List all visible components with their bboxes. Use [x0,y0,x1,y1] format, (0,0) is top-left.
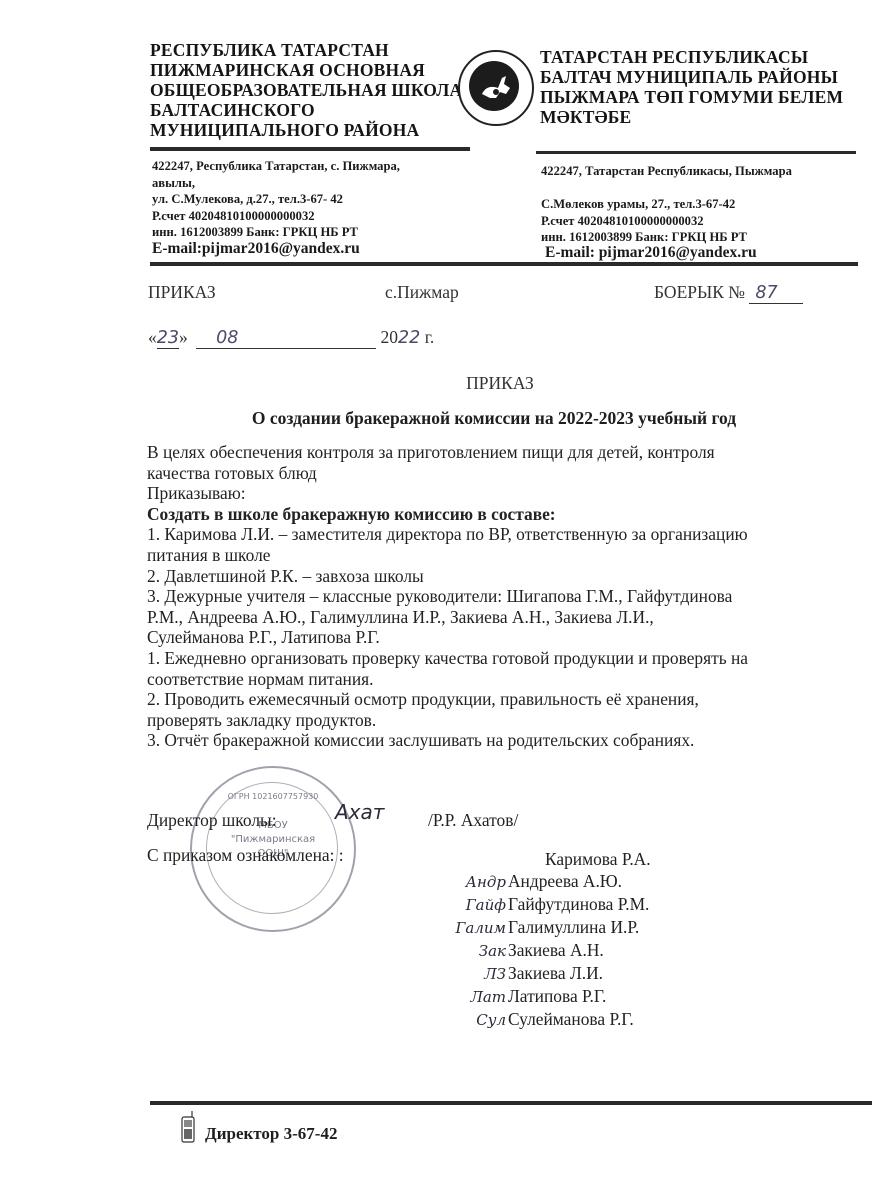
acquainted-item: ГалимГалимуллина И.Р. [450,917,639,938]
signature-scribble-icon: Андр [450,873,506,891]
duty-line: 3. Отчёт бракеражной комиссии заслушиват… [147,730,748,751]
signature-scribble-icon: Галим [450,919,506,937]
acquainted-item: ЛЗЗакиева Л.И. [450,963,603,984]
header-divider-bottom [150,262,858,266]
school-name-line: ОБЩЕОБРАЗОВАТЕЛЬНАЯ ШКОЛА [150,80,462,100]
duty-line: 2. Проводить ежемесячный осмотр продукци… [147,689,748,710]
school-name-line: БАЛТАЧ МУНИЦИПАЛЬ РАЙОНЫ [540,67,843,87]
address-line [541,180,792,197]
signature-scribble-icon: Сул [450,1011,506,1029]
acquainted-name: Каримова Р.А. [545,849,651,869]
order-label-ru: ПРИКАЗ [148,282,216,303]
acquainted-item: Каримова Р.А. [545,849,651,870]
duty-line: проверять закладку продуктов. [147,710,748,731]
footer-divider [150,1101,872,1105]
address-line: С.Мөлеков урамы, 27., тел.3-67-42 [541,196,792,213]
director-label: Директор школы: [147,810,277,831]
address-line: 422247, Республика Татарстан, с. Пижмара… [152,158,400,175]
acquainted-label: С приказом ознакомлена: : [147,845,344,866]
date-year-prefix: 20 [381,327,399,347]
signature-scribble-icon: Лат [450,988,506,1006]
school-name-line: МУНИЦИПАЛЬНОГО РАЙОНА [150,120,462,140]
mobile-phone-icon [180,1110,196,1144]
acquainted-item: АндрАндреева А.Ю. [450,871,622,892]
address-line: ул. С.Мулекова, д.27., тел.3-67- 42 [152,191,400,208]
duty-line: соответствие нормам питания. [147,669,748,690]
footer-director-phone: Директор 3-67-42 [205,1124,337,1144]
order-place: с.Пижмар [385,282,459,303]
address-line: Р.счет 40204810100000000032 [152,208,400,225]
acquainted-name: Гайфутдинова Р.М. [508,894,649,914]
school-name-line: РЕСПУБЛИКА ТАТАРСТАН [150,40,462,60]
acquainted-item: ГайфГайфутдинова Р.М. [450,894,649,915]
member-line: Сулейманова Р.Г., Латипова Р.Г. [147,627,748,648]
document-subtitle: О создании бракеражной комиссии на 2022-… [0,408,872,429]
date-year-unit: г. [425,327,435,347]
document-body: В целях обеспечения контроля за приготов… [147,442,748,751]
address-line: 422247, Татарстан Республикасы, Пыжмара [541,163,792,180]
order-date: «23» 08 2022 г. [148,327,434,349]
member-line: питания в школе [147,545,748,566]
school-name-line: БАЛТАСИНСКОГО [150,100,462,120]
school-name-line: ПИЖМАРИНСКАЯ ОСНОВНАЯ [150,60,462,80]
order-number-field: БОЕРЫК № 87 [654,282,803,304]
school-name-line: МӘКТӘБЕ [540,107,843,127]
address-line: инн. 1612003899 Банк: ГРКЦ НБ РТ [152,224,400,241]
stamp-ring-text: ОГРН 1021607757930 [192,792,354,801]
acquainted-name: Андреева А.Ю. [508,871,622,891]
acquainted-name: Закиева А.Н. [508,940,604,960]
snow-leopard-icon [476,68,516,108]
member-line: 2. Давлетшиной Р.К. – завхоза школы [147,566,748,587]
intro-line: В целях обеспечения контроля за приготов… [147,442,748,463]
quote-close: » [179,327,188,347]
date-day: 23 [157,328,179,349]
acquainted-name: Латипова Р.Г. [508,986,606,1006]
address-line: Р.счет 40204810100000000032 [541,213,792,230]
create-heading: Создать в школе бракеражную комиссию в с… [147,504,748,525]
acquainted-name: Закиева Л.И. [508,963,603,983]
school-name-line: ТАТАРСТАН РЕСПУБЛИКАСЫ [540,47,843,67]
date-year-suffix: 22 [398,328,420,348]
duty-line: 1. Ежедневно организовать проверку качес… [147,648,748,669]
member-line: 1. Каримова Л.И. – заместителя директора… [147,524,748,545]
school-name-line: ПЫЖМАРА ТӨП ГОМУМИ БЕЛЕМ [540,87,843,107]
member-line: 3. Дежурные учителя – классные руководит… [147,586,748,607]
stamp-line: "Пижмаринская [192,834,354,845]
signature-scribble-icon: ЛЗ [450,965,506,983]
order-word: Приказываю: [147,483,748,504]
acquainted-item: ЗакЗакиева А.Н. [450,940,604,961]
order-label-tt: БОЕРЫК № [654,282,745,302]
address-block-tt: 422247, Татарстан Республикасы, Пыжмара … [541,163,792,246]
address-line: авылы, [152,175,400,192]
email-tt: E-mail: pijmar2016@yandex.ru [545,244,757,262]
school-name-ru: РЕСПУБЛИКА ТАТАРСТАН ПИЖМАРИНСКАЯ ОСНОВН… [150,40,462,140]
member-line: Р.М., Андреева А.Ю., Галимуллина И.Р., З… [147,607,748,628]
acquainted-name: Сулейманова Р.Г. [508,1009,634,1029]
email-ru: E-mail:pijmar2016@yandex.ru [152,240,360,258]
acquainted-item: ЛатЛатипова Р.Г. [450,986,606,1007]
director-signature-icon: Ахат [335,800,384,824]
quote-open: « [148,327,157,347]
address-block-ru: 422247, Республика Татарстан, с. Пижмара… [152,158,400,241]
coat-of-arms-icon [458,50,534,126]
header-divider [150,147,470,151]
signature-scribble-icon: Гайф [450,896,506,914]
document-title: ПРИКАЗ [0,373,872,394]
acquainted-item: СулСулейманова Р.Г. [450,1009,634,1030]
school-name-tt: ТАТАРСТАН РЕСПУБЛИКАСЫ БАЛТАЧ МУНИЦИПАЛЬ… [540,47,843,127]
director-name: /Р.Р. Ахатов/ [428,810,518,831]
intro-line: качества готовых блюд [147,463,748,484]
header-divider [536,151,856,154]
order-number: 87 [749,283,803,304]
acquainted-name: Галимуллина И.Р. [508,917,639,937]
date-month: 08 [196,328,376,349]
signature-scribble-icon: Зак [450,942,506,960]
